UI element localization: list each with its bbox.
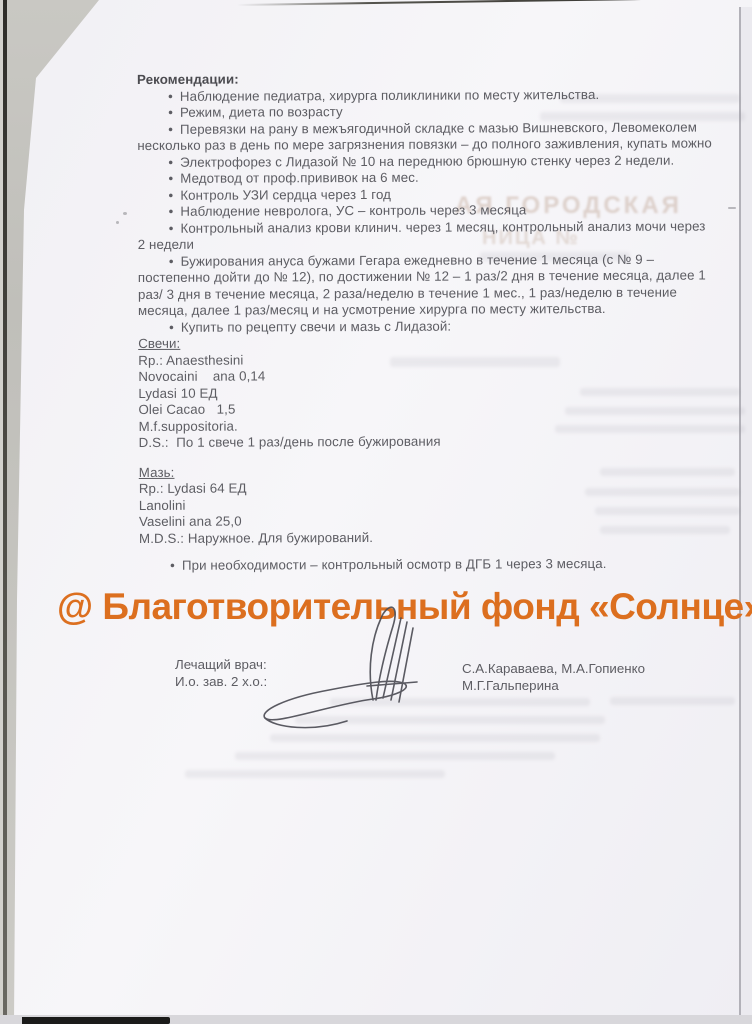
recommendation-text: Наблюдение педиатра, хирурга поликлиники… [180, 86, 599, 103]
recommendation-text: Бужирования ануса бужами Гегара ежедневн… [138, 251, 706, 318]
scan-bottom-shadow [22, 1017, 170, 1024]
recommendation-item: •Бужирования ануса бужами Гегара ежеднев… [138, 251, 715, 320]
bullet-marker: • [168, 88, 173, 103]
pen-speck [116, 221, 119, 224]
recommendation-text: Режим, диета по возрасту [180, 104, 343, 120]
bullet-marker: • [169, 204, 174, 219]
doctor-names-line2: М.Г.Гальперина [462, 678, 559, 695]
recommendation-item: •Электрофорез с Лидазой № 10 на переднюю… [137, 152, 714, 171]
recommendation-text: Электрофорез с Лидазой № 10 на переднюю … [180, 152, 674, 169]
recommendation-item: •При необходимости – контрольный осмотр … [139, 555, 716, 574]
bullet-marker: • [170, 558, 175, 573]
pen-speck [123, 212, 127, 215]
scan-top-edge-line [237, 0, 752, 6]
recommendation-text: Контроль УЗИ сердца через 1 год [180, 186, 391, 202]
scanner-background-corner [0, 0, 110, 1024]
recommendation-text: Наблюдение невролога, УС – контроль чере… [180, 202, 526, 219]
bullet-marker: • [169, 220, 174, 235]
bullet-marker: • [168, 171, 173, 186]
recommendation-item: •Контрольный анализ крови клинич. через … [138, 218, 715, 254]
doctor-names-line1: С.А.Караваева, М.А.Гопиенко [462, 661, 645, 678]
bullet-marker: • [168, 105, 173, 120]
bleedthrough-smudge [235, 752, 555, 760]
recommendation-text: При необходимости – контрольный осмотр в… [182, 556, 607, 573]
handwritten-signature [255, 600, 440, 740]
scanned-document-page: АЯ ГОРОДСКАЯ НИЦА № Рекомендации: •Наблю… [0, 0, 752, 1024]
bullet-marker: • [168, 121, 173, 136]
recommendation-item: •Перевязки на рану в межъягодичной склад… [137, 119, 714, 155]
bullet-marker: • [169, 253, 174, 268]
bullet-marker: • [169, 319, 174, 334]
recommendation-text: Контрольный анализ крови клинич. через 1… [138, 218, 706, 252]
bullet-marker: • [168, 154, 173, 169]
bleedthrough-smudge [185, 770, 445, 778]
scan-left-edge-line [3, 0, 7, 1024]
bleedthrough-smudge [610, 697, 735, 705]
bullet-marker: • [169, 187, 174, 202]
recommendation-text: Медотвод от проф.прививок на 6 мес. [180, 170, 419, 186]
document-body: Рекомендации: •Наблюдение педиатра, хиру… [137, 69, 716, 574]
pen-speck [728, 207, 736, 209]
acting-head-label: И.о. зав. 2 х.о.: [175, 674, 267, 691]
recommendation-text: Купить по рецепту свечи и мазь с Лидазой… [181, 318, 451, 334]
attending-doctor-label: Лечащий врач: [175, 657, 267, 674]
scan-right-edge-strip [741, 7, 752, 1015]
recommendation-text: Перевязки на рану в межъягодичной складк… [137, 119, 712, 153]
